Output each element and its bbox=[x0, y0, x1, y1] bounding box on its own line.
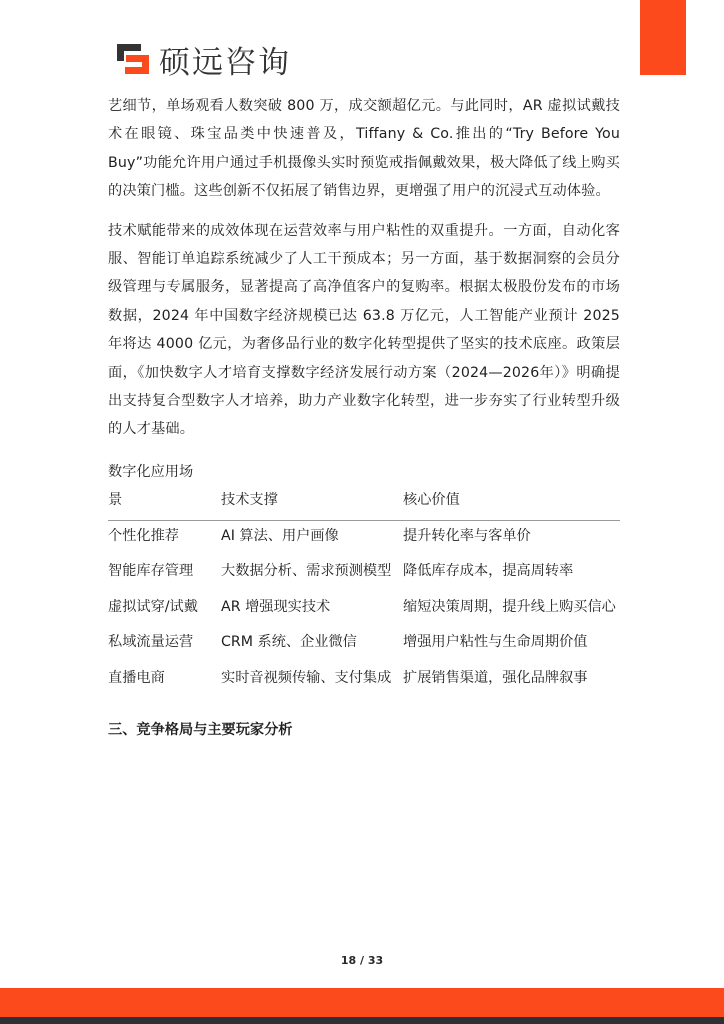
corner-accent-tab bbox=[640, 0, 686, 75]
cell-value: 降低库存成本，提高周转率 bbox=[403, 557, 620, 586]
cell-value: 缩短决策周期，提升线上购买信心 bbox=[403, 593, 620, 622]
brand-name: 硕远咨询 bbox=[159, 37, 291, 82]
footer-dark-strip bbox=[0, 1017, 724, 1024]
digital-application-table: 数字化应用场 景 技术支撑 核心价值 个性化推荐 AI 算法、用户画像 提升转化… bbox=[108, 458, 620, 699]
page-number: 18 / 33 bbox=[0, 954, 724, 967]
table-row: 虚拟试穿/试戴 AR 增强现实技术 缩短决策周期，提升线上购买信心 bbox=[108, 592, 620, 628]
cell-tech: 大数据分析、需求预测模型 bbox=[221, 557, 403, 586]
table-row: 个性化推荐 AI 算法、用户画像 提升转化率与客单价 bbox=[108, 521, 620, 557]
page-content: 艺细节，单场观看人数突破 800 万，成交额超亿元。与此同时，AR 虚拟试戴技术… bbox=[108, 92, 620, 744]
cell-tech: CRM 系统、企业微信 bbox=[221, 628, 403, 657]
cell-tech: AI 算法、用户画像 bbox=[221, 522, 403, 551]
section-heading: 三、竞争格局与主要玩家分析 bbox=[108, 716, 620, 744]
cell-value: 增强用户粘性与生命周期价值 bbox=[403, 628, 620, 657]
table-row: 智能库存管理 大数据分析、需求预测模型 降低库存成本，提高周转率 bbox=[108, 556, 620, 592]
cell-scene: 智能库存管理 bbox=[108, 557, 221, 586]
cell-scene: 私域流量运营 bbox=[108, 628, 221, 657]
cell-value: 提升转化率与客单价 bbox=[403, 522, 620, 551]
table-row: 直播电商 实时音视频传输、支付集成 扩展销售渠道，强化品牌叙事 bbox=[108, 663, 620, 699]
cell-tech: AR 增强现实技术 bbox=[221, 593, 403, 622]
paragraph: 艺细节，单场观看人数突破 800 万，成交额超亿元。与此同时，AR 虚拟试戴技术… bbox=[108, 92, 620, 206]
table-header: 数字化应用场 景 技术支撑 核心价值 bbox=[108, 458, 620, 520]
cell-scene: 直播电商 bbox=[108, 664, 221, 693]
cell-scene: 个性化推荐 bbox=[108, 522, 221, 551]
table-row: 私域流量运营 CRM 系统、企业微信 增强用户粘性与生命周期价值 bbox=[108, 627, 620, 663]
header-scene-line1: 数字化应用场 bbox=[108, 458, 193, 486]
header-scene-line2: 景 bbox=[108, 486, 122, 514]
logo-mark-icon bbox=[115, 42, 151, 76]
brand-logo: 硕远咨询 bbox=[115, 40, 291, 78]
header-value: 核心价值 bbox=[403, 486, 460, 514]
paragraph: 技术赋能带来的成效体现在运营效率与用户粘性的双重提升。一方面，自动化客服、智能订… bbox=[108, 217, 620, 444]
cell-tech: 实时音视频传输、支付集成 bbox=[221, 664, 403, 693]
cell-scene: 虚拟试穿/试戴 bbox=[108, 593, 221, 622]
header-tech: 技术支撑 bbox=[221, 486, 278, 514]
footer-accent-bar bbox=[0, 988, 724, 1017]
cell-value: 扩展销售渠道，强化品牌叙事 bbox=[403, 664, 620, 693]
